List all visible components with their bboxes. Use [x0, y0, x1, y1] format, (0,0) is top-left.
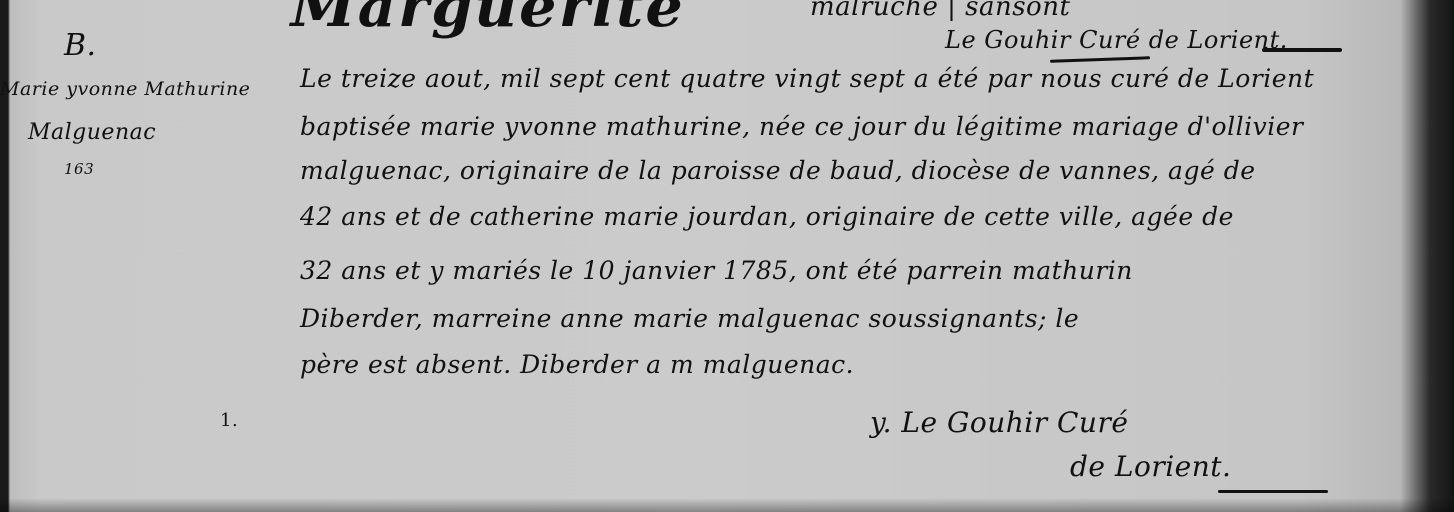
entry-line-4: 42 ans et de catherine marie jourdan, or…	[300, 202, 1234, 231]
previous-entry-signature: Le Gouhir Curé de Lorient.	[945, 26, 1288, 54]
header-fragment-text: malruche | sansont	[810, 0, 1070, 22]
entry-line-5: 32 ans et y mariés le 10 janvier 1785, o…	[300, 256, 1133, 285]
entry-line-7: père est absent. Diberder a m malguenac.	[300, 350, 854, 379]
divider-rule-left	[1050, 56, 1150, 62]
header-fragment-name: Marguerite	[291, 0, 685, 40]
entry-line-2: baptisée marie yvonne mathurine, née ce …	[300, 112, 1303, 141]
divider-rule-right	[1262, 48, 1342, 52]
signature-line-2: de Lorient.	[1070, 450, 1231, 483]
signature-underline	[1218, 490, 1328, 493]
margin-name-given: Marie yvonne Mathurine	[0, 78, 250, 100]
signature-line-1: y. Le Gouhir Curé	[870, 406, 1128, 439]
margin-entry-number: 163	[64, 160, 94, 178]
entry-line-6: Diberder, marreine anne marie malguenac …	[300, 304, 1079, 333]
margin-entry-type: B.	[64, 28, 97, 63]
margin-name-surname: Malguenac	[28, 120, 156, 145]
register-page-scan: Marguerite malruche | sansont Le Gouhir …	[0, 0, 1454, 512]
entry-line-3: malguenac, originaire de la paroisse de …	[300, 156, 1256, 185]
entry-line-1: Le treize aout, mil sept cent quatre vin…	[300, 64, 1314, 93]
margin-page-mark: 1.	[220, 410, 238, 431]
